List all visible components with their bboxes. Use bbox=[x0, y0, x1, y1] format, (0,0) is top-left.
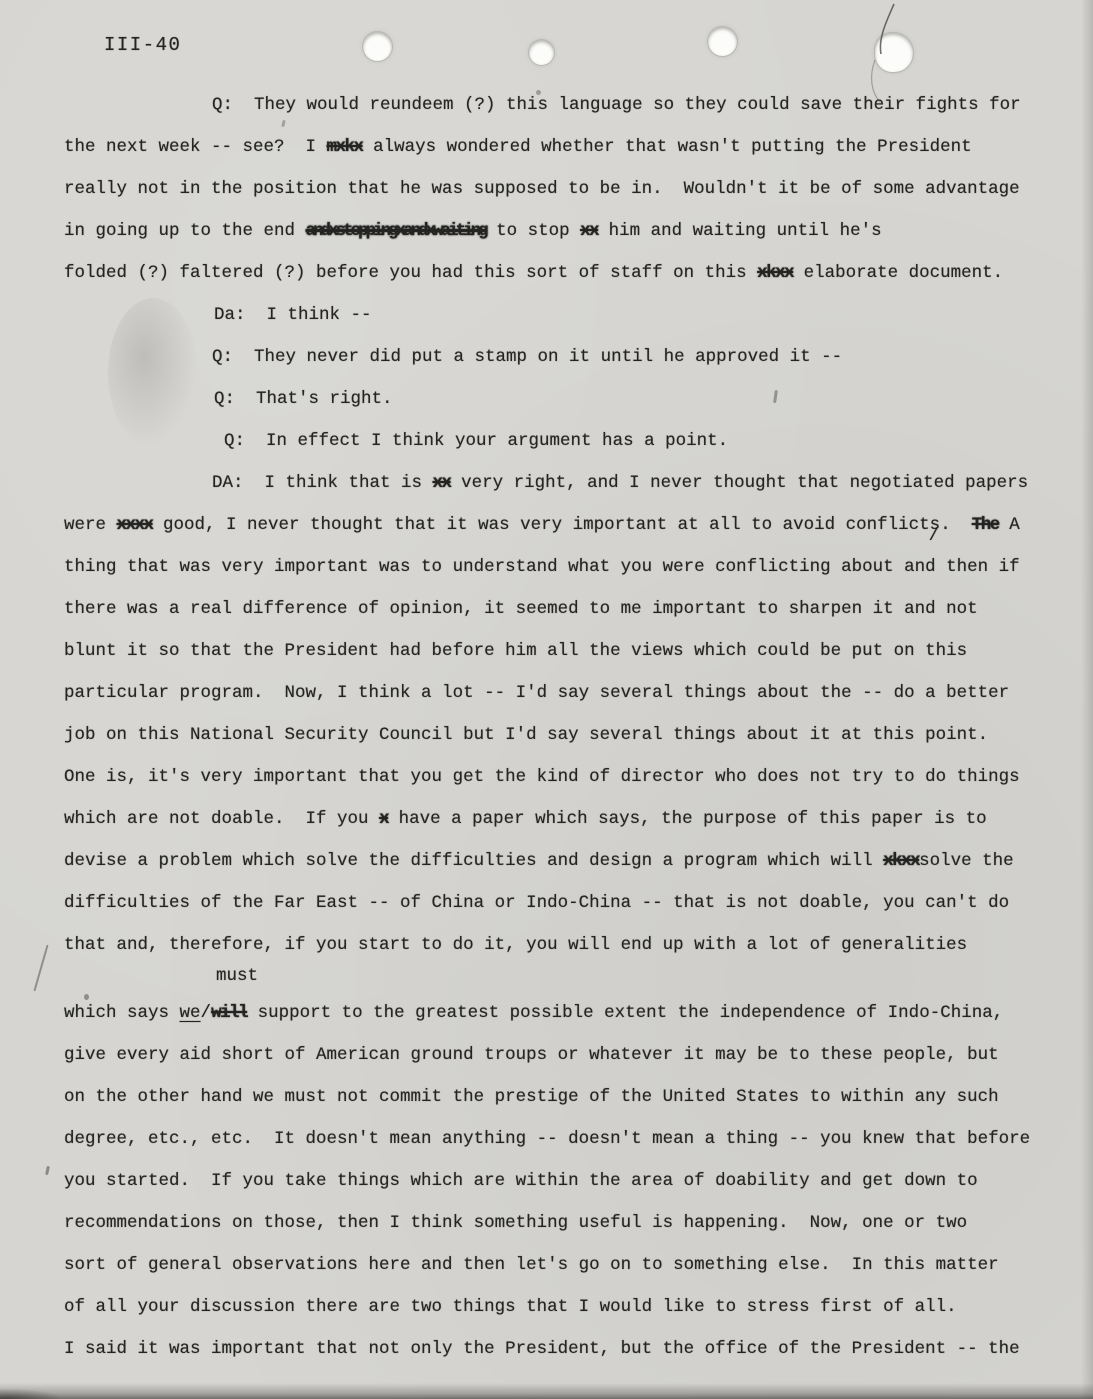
text-segment: difficulties of the Far East -- of China… bbox=[64, 893, 1009, 913]
text-line: which are not doable. If you x have a pa… bbox=[64, 798, 1059, 840]
text-line: you started. If you take things which ar… bbox=[64, 1160, 1059, 1202]
text-segment: folded (?) faltered (?) before you had t… bbox=[64, 263, 757, 283]
text-segment: x bbox=[379, 809, 388, 829]
text-segment: elaborate document. bbox=[793, 263, 1003, 283]
text-segment: devise a problem which solve the difficu… bbox=[64, 851, 883, 871]
text-segment: very right, and I never thought that neg… bbox=[451, 473, 1029, 493]
text-segment: I said it was important that not only th… bbox=[64, 1339, 1020, 1359]
text-line: of all your discussion there are two thi… bbox=[64, 1286, 1059, 1328]
text-segment: xkxx bbox=[883, 851, 919, 871]
text-segment: which are not doable. If you bbox=[64, 809, 379, 829]
text-segment: Q: They never did put a stamp on it unti… bbox=[212, 347, 842, 367]
text-segment: / bbox=[201, 1003, 212, 1023]
scan-edge-shadow bbox=[0, 1383, 1093, 1399]
text-segment: thing that was very important was to und… bbox=[64, 557, 1020, 577]
text-line: One is, it's very important that you get… bbox=[64, 756, 1059, 798]
pencil-checkmark bbox=[33, 945, 48, 992]
text-segment: s bbox=[930, 515, 941, 535]
text-segment: blunt it so that the President had befor… bbox=[64, 641, 967, 661]
text-line: folded (?) faltered (?) before you had t… bbox=[64, 252, 1059, 294]
text-segment: support to the greatest possible extent … bbox=[247, 1003, 1003, 1023]
text-line: thing that was very important was to und… bbox=[64, 546, 1059, 588]
text-segment: you started. If you take things which ar… bbox=[64, 1171, 978, 1191]
text-segment: which says bbox=[64, 1003, 180, 1023]
text-line: DA: I think that is xx very right, and I… bbox=[64, 462, 1059, 504]
text-segment: xxxx bbox=[117, 515, 153, 535]
text-segment: give every aid short of American ground … bbox=[64, 1045, 999, 1065]
text-segment: A bbox=[999, 515, 1020, 535]
text-line: the next week -- see? I mxkx always wond… bbox=[64, 126, 1059, 168]
text-line: sort of general observations here and th… bbox=[64, 1244, 1059, 1286]
text-segment: solve the bbox=[919, 851, 1014, 871]
text-segment: particular program. Now, I think a lot -… bbox=[64, 683, 1009, 703]
document-page: III-40 Q: They would reundeem (?) this l… bbox=[0, 0, 1093, 1399]
text-line: particular program. Now, I think a lot -… bbox=[64, 672, 1059, 714]
text-segment: of all your discussion there are two thi… bbox=[64, 1297, 957, 1317]
text-segment: degree, etc., etc. It doesn't mean anyth… bbox=[64, 1129, 1030, 1149]
text-line: I said it was important that not only th… bbox=[64, 1328, 1059, 1370]
text-line: must bbox=[64, 966, 1059, 992]
text-segment: we bbox=[180, 1003, 201, 1023]
text-segment: The bbox=[972, 515, 999, 535]
punch-hole bbox=[363, 32, 392, 61]
text-segment: really not in the position that he was s… bbox=[64, 179, 1020, 199]
punch-hole bbox=[529, 40, 554, 65]
text-segment: that and, therefore, if you start to do … bbox=[64, 935, 967, 955]
text-segment: good, I never thought that it was very i… bbox=[153, 515, 930, 535]
text-segment: on the other hand we must not commit the… bbox=[64, 1087, 999, 1107]
scan-edge-shadow bbox=[1081, 0, 1093, 1399]
text-line: Q: In effect I think your argument has a… bbox=[64, 420, 1059, 462]
text-segment: will bbox=[211, 1003, 247, 1023]
text-line: were xxxx good, I never thought that it … bbox=[64, 504, 1059, 546]
text-segment: in going up to the end bbox=[64, 221, 306, 241]
text-segment: have a paper which says, the purpose of … bbox=[388, 809, 987, 829]
page-number: III-40 bbox=[104, 34, 181, 56]
text-segment: sort of general observations here and th… bbox=[64, 1255, 999, 1275]
text-line: on the other hand we must not commit the… bbox=[64, 1076, 1059, 1118]
text-segment: always wondered whether that wasn't putt… bbox=[363, 137, 972, 157]
text-line: that and, therefore, if you start to do … bbox=[64, 924, 1059, 966]
text-line: difficulties of the Far East -- of China… bbox=[64, 882, 1059, 924]
text-segment: to stop bbox=[486, 221, 581, 241]
text-segment: recommendations on those, then I think s… bbox=[64, 1213, 967, 1233]
text-segment: xkxx bbox=[757, 263, 793, 283]
text-segment: were bbox=[64, 515, 117, 535]
text-segment: Q: They would reundeem (?) this language… bbox=[212, 95, 1021, 115]
text-line: degree, etc., etc. It doesn't mean anyth… bbox=[64, 1118, 1059, 1160]
text-segment: there was a real difference of opinion, … bbox=[64, 599, 978, 619]
scan-corner-shadow bbox=[0, 1389, 60, 1399]
text-line: give every aid short of American ground … bbox=[64, 1034, 1059, 1076]
text-segment: mxkx bbox=[327, 137, 363, 157]
text-line: which says we/will support to the greate… bbox=[64, 992, 1059, 1034]
text-segment: Q: In effect I think your argument has a… bbox=[224, 431, 728, 451]
text-segment: . bbox=[940, 515, 972, 535]
text-segment: him and waiting until he's bbox=[598, 221, 882, 241]
pencil-tick bbox=[45, 1166, 50, 1175]
text-line: job on this National Security Council bu… bbox=[64, 714, 1059, 756]
text-line: Q: They never did put a stamp on it unti… bbox=[64, 336, 1059, 378]
text-segment: xx bbox=[433, 473, 451, 493]
text-line: devise a problem which solve the difficu… bbox=[64, 840, 1059, 882]
text-line: Q: They would reundeem (?) this language… bbox=[64, 84, 1059, 126]
text-segment: Q: That's right. bbox=[214, 389, 393, 409]
text-segment: must bbox=[216, 966, 258, 986]
text-segment: Da: I think -- bbox=[214, 305, 372, 325]
text-line: there was a real difference of opinion, … bbox=[64, 588, 1059, 630]
punch-hole bbox=[708, 27, 737, 56]
text-line: really not in the position that he was s… bbox=[64, 168, 1059, 210]
text-segment: the next week -- see? I bbox=[64, 137, 327, 157]
text-line: Da: I think -- bbox=[64, 294, 1059, 336]
text-line: in going up to the end andxstoppingxandx… bbox=[64, 210, 1059, 252]
text-segment: andxstoppingxandxwaiting bbox=[306, 221, 486, 241]
text-segment: One is, it's very important that you get… bbox=[64, 767, 1020, 787]
text-segment: xx bbox=[580, 221, 598, 241]
text-line: Q: That's right. bbox=[64, 378, 1059, 420]
text-segment: job on this National Security Council bu… bbox=[64, 725, 988, 745]
text-line: blunt it so that the President had befor… bbox=[64, 630, 1059, 672]
text-line: recommendations on those, then I think s… bbox=[64, 1202, 1059, 1244]
document-body: Q: They would reundeem (?) this language… bbox=[64, 84, 1059, 1370]
text-segment: DA: I think that is bbox=[212, 473, 433, 493]
